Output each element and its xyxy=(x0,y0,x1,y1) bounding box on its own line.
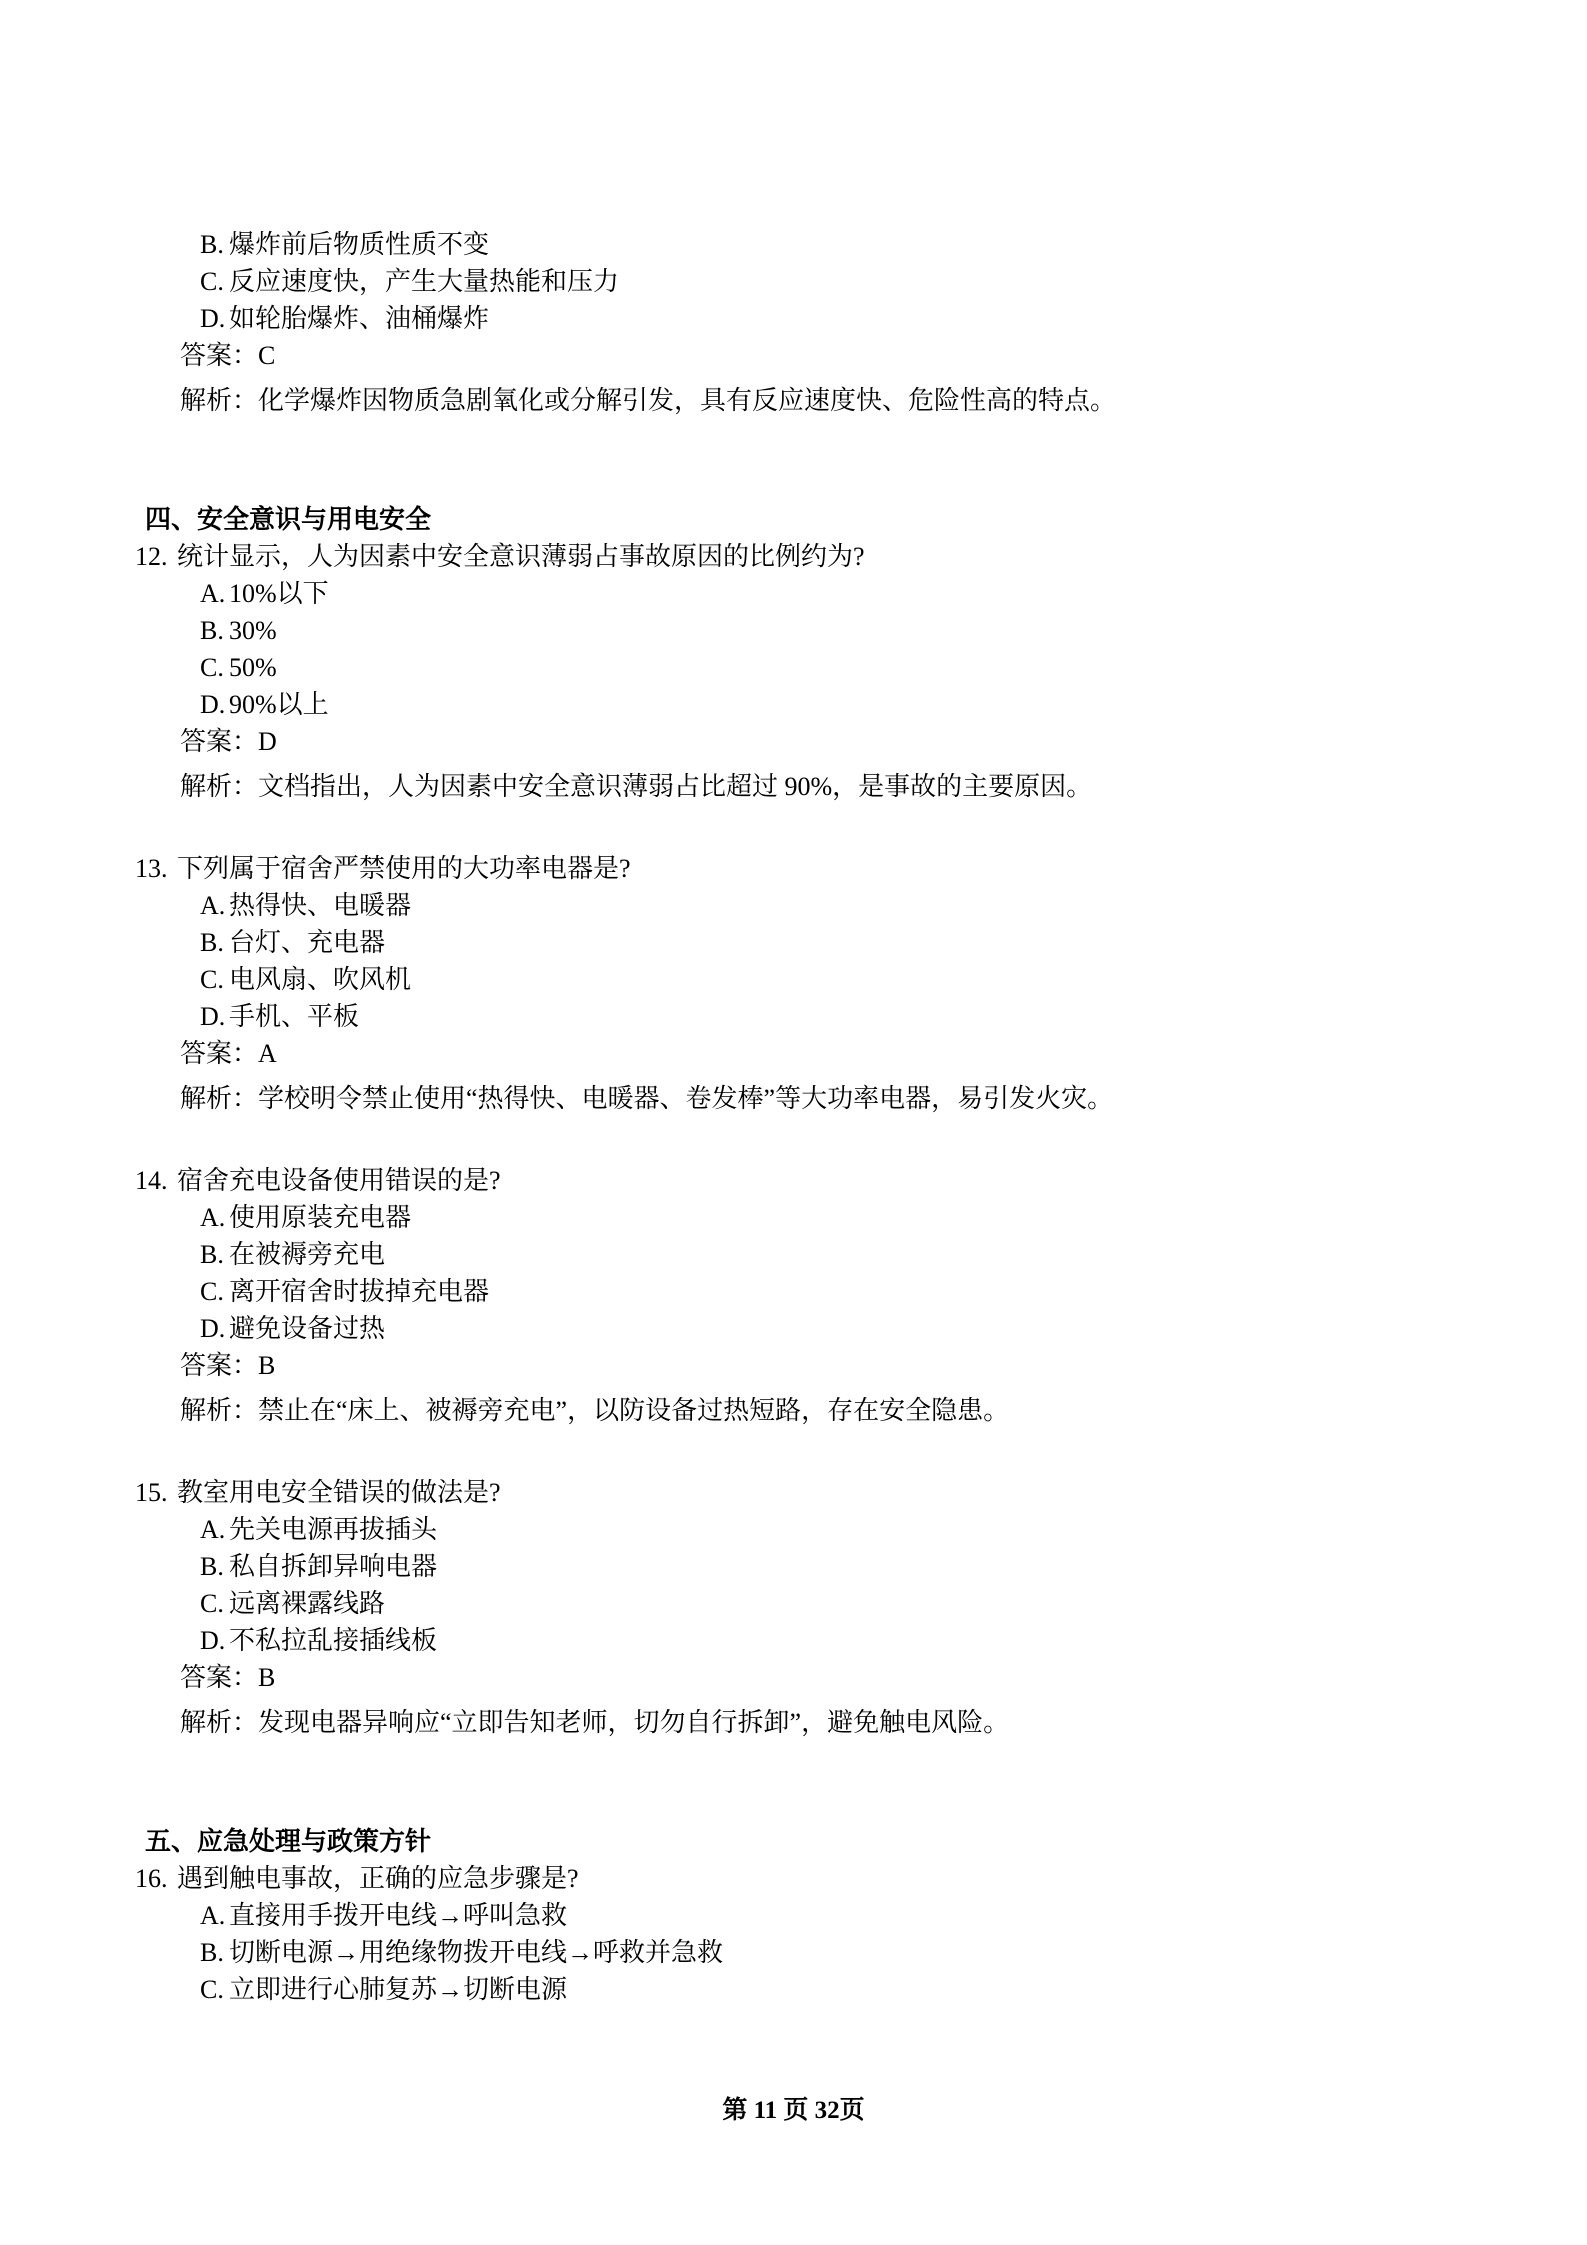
option-line: D.不私拉乱接插线板 xyxy=(0,1622,1587,1659)
option-text: 如轮胎爆炸、油桶爆炸 xyxy=(229,304,489,333)
option-line: B.爆炸前后物质性质不变 xyxy=(0,226,1587,263)
option-text: 90%以上 xyxy=(229,690,329,719)
answer-value: B xyxy=(258,1351,275,1380)
analysis-line: 解析：禁止在“床上、被褥旁充电”，以防设备过热短路，存在安全隐患。 xyxy=(0,1392,1587,1429)
analysis-line: 解析：学校明令禁止使用“热得快、电暖器、卷发棒”等大功率电器，易引发火灾。 xyxy=(0,1080,1587,1117)
option-line: C.电风扇、吹风机 xyxy=(0,961,1587,998)
option-label: B. xyxy=(200,1934,229,1971)
option-text: 先关电源再拔插头 xyxy=(229,1515,437,1544)
option-text: 反应速度快，产生大量热能和压力 xyxy=(229,267,619,296)
question-stem: 下列属于宿舍严禁使用的大功率电器是? xyxy=(177,854,631,883)
answer-line: 答案：B xyxy=(0,1347,1587,1384)
answer-prefix: 答案： xyxy=(180,1351,258,1380)
option-label: B. xyxy=(200,1548,229,1585)
option-text: 远离裸露线路 xyxy=(229,1589,385,1618)
option-text: 50% xyxy=(229,653,277,682)
option-label: D. xyxy=(200,686,229,723)
option-label: A. xyxy=(200,575,229,612)
option-text: 使用原装充电器 xyxy=(229,1203,411,1232)
option-text: 在被褥旁充电 xyxy=(229,1240,385,1269)
section-heading: 四、安全意识与用电安全 xyxy=(0,501,1587,538)
answer-value: C xyxy=(258,341,275,370)
option-label: C. xyxy=(200,1971,229,2008)
answer-prefix: 答案： xyxy=(180,727,258,756)
answer-prefix: 答案： xyxy=(180,1039,258,1068)
option-label: A. xyxy=(200,1511,229,1548)
option-label: C. xyxy=(200,1273,229,1310)
document-page: B.爆炸前后物质性质不变 C.反应速度快，产生大量热能和压力 D.如轮胎爆炸、油… xyxy=(0,0,1587,2245)
option-text: 30% xyxy=(229,616,277,645)
option-label: A. xyxy=(200,1199,229,1236)
option-label: D. xyxy=(200,1310,229,1347)
option-line: B.30% xyxy=(0,612,1587,649)
answer-prefix: 答案： xyxy=(180,1663,258,1692)
option-line: A.直接用手拨开电线→呼叫急救 xyxy=(0,1897,1587,1934)
option-line: A.10%以下 xyxy=(0,575,1587,612)
option-text: 手机、平板 xyxy=(229,1002,359,1031)
question-number: 16. xyxy=(135,1860,177,1897)
answer-value: D xyxy=(258,727,277,756)
option-line: D.如轮胎爆炸、油桶爆炸 xyxy=(0,300,1587,337)
section-heading: 五、应急处理与政策方针 xyxy=(0,1823,1587,1860)
option-line: C.50% xyxy=(0,649,1587,686)
analysis-prefix: 解析： xyxy=(180,1396,258,1425)
option-line: C.立即进行心肺复苏→切断电源 xyxy=(0,1971,1587,2008)
option-label: C. xyxy=(200,263,229,300)
option-text: 不私拉乱接插线板 xyxy=(229,1626,437,1655)
question-number: 14. xyxy=(135,1162,177,1199)
option-text: 直接用手拨开电线→呼叫急救 xyxy=(229,1901,567,1930)
option-text: 立即进行心肺复苏→切断电源 xyxy=(229,1975,567,2004)
question-line: 13.下列属于宿舍严禁使用的大功率电器是? xyxy=(0,850,1587,887)
answer-line: 答案：A xyxy=(0,1035,1587,1072)
analysis-prefix: 解析： xyxy=(180,772,258,801)
analysis-line: 解析：发现电器异响应“立即告知老师，切勿自行拆卸”，避免触电风险。 xyxy=(0,1704,1587,1741)
option-text: 私自拆卸异响电器 xyxy=(229,1552,437,1581)
analysis-text: 学校明令禁止使用“热得快、电暖器、卷发棒”等大功率电器，易引发火灾。 xyxy=(258,1084,1113,1113)
question-line: 12.统计显示，人为因素中安全意识薄弱占事故原因的比例约为? xyxy=(0,538,1587,575)
option-line: D.手机、平板 xyxy=(0,998,1587,1035)
page-content: B.爆炸前后物质性质不变 C.反应速度快，产生大量热能和压力 D.如轮胎爆炸、油… xyxy=(0,226,1587,2008)
answer-prefix: 答案： xyxy=(180,341,258,370)
option-text: 切断电源→用绝缘物拨开电线→呼救并急救 xyxy=(229,1938,723,1967)
option-label: B. xyxy=(200,226,229,263)
answer-line: 答案：C xyxy=(0,337,1587,374)
analysis-text: 文档指出，人为因素中安全意识薄弱占比超过 90%，是事故的主要原因。 xyxy=(258,772,1092,801)
analysis-line: 解析：文档指出，人为因素中安全意识薄弱占比超过 90%，是事故的主要原因。 xyxy=(0,768,1587,805)
option-line: B.在被褥旁充电 xyxy=(0,1236,1587,1273)
option-label: A. xyxy=(200,887,229,924)
answer-line: 答案：D xyxy=(0,723,1587,760)
question-stem: 教室用电安全错误的做法是? xyxy=(177,1478,501,1507)
option-text: 10%以下 xyxy=(229,579,329,608)
answer-value: A xyxy=(258,1039,277,1068)
option-text: 爆炸前后物质性质不变 xyxy=(229,230,489,259)
question-stem: 统计显示，人为因素中安全意识薄弱占事故原因的比例约为? xyxy=(177,542,865,571)
option-line: D.避免设备过热 xyxy=(0,1310,1587,1347)
option-text: 热得快、电暖器 xyxy=(229,891,411,920)
option-label: B. xyxy=(200,1236,229,1273)
option-line: D.90%以上 xyxy=(0,686,1587,723)
question-number: 15. xyxy=(135,1474,177,1511)
analysis-text: 禁止在“床上、被褥旁充电”，以防设备过热短路，存在安全隐患。 xyxy=(258,1396,1009,1425)
option-label: D. xyxy=(200,998,229,1035)
question-line: 15.教室用电安全错误的做法是? xyxy=(0,1474,1587,1511)
option-line: C.远离裸露线路 xyxy=(0,1585,1587,1622)
option-label: A. xyxy=(200,1897,229,1934)
question-line: 16.遇到触电事故，正确的应急步骤是? xyxy=(0,1860,1587,1897)
analysis-text: 化学爆炸因物质急剧氧化或分解引发，具有反应速度快、危险性高的特点。 xyxy=(258,386,1116,415)
question-stem: 遇到触电事故，正确的应急步骤是? xyxy=(177,1864,579,1893)
option-label: D. xyxy=(200,300,229,337)
analysis-prefix: 解析： xyxy=(180,386,258,415)
option-text: 避免设备过热 xyxy=(229,1314,385,1343)
question-stem: 宿舍充电设备使用错误的是? xyxy=(177,1166,501,1195)
answer-value: B xyxy=(258,1663,275,1692)
question-number: 13. xyxy=(135,850,177,887)
option-text: 电风扇、吹风机 xyxy=(229,965,411,994)
option-text: 离开宿舍时拔掉充电器 xyxy=(229,1277,489,1306)
option-line: C.离开宿舍时拔掉充电器 xyxy=(0,1273,1587,1310)
analysis-prefix: 解析： xyxy=(180,1708,258,1737)
page-footer: 第 11 页 32页 xyxy=(0,2090,1587,2126)
option-line: A.热得快、电暖器 xyxy=(0,887,1587,924)
option-line: A.先关电源再拔插头 xyxy=(0,1511,1587,1548)
analysis-prefix: 解析： xyxy=(180,1084,258,1113)
option-label: C. xyxy=(200,961,229,998)
option-label: B. xyxy=(200,612,229,649)
answer-line: 答案：B xyxy=(0,1659,1587,1696)
option-text: 台灯、充电器 xyxy=(229,928,385,957)
question-number: 12. xyxy=(135,538,177,575)
option-label: B. xyxy=(200,924,229,961)
analysis-text: 发现电器异响应“立即告知老师，切勿自行拆卸”，避免触电风险。 xyxy=(258,1708,1009,1737)
option-label: C. xyxy=(200,649,229,686)
option-line: B.私自拆卸异响电器 xyxy=(0,1548,1587,1585)
option-line: B.台灯、充电器 xyxy=(0,924,1587,961)
analysis-line: 解析：化学爆炸因物质急剧氧化或分解引发，具有反应速度快、危险性高的特点。 xyxy=(0,382,1587,419)
option-line: B.切断电源→用绝缘物拨开电线→呼救并急救 xyxy=(0,1934,1587,1971)
option-label: D. xyxy=(200,1622,229,1659)
option-label: C. xyxy=(200,1585,229,1622)
question-line: 14.宿舍充电设备使用错误的是? xyxy=(0,1162,1587,1199)
option-line: A.使用原装充电器 xyxy=(0,1199,1587,1236)
option-line: C.反应速度快，产生大量热能和压力 xyxy=(0,263,1587,300)
